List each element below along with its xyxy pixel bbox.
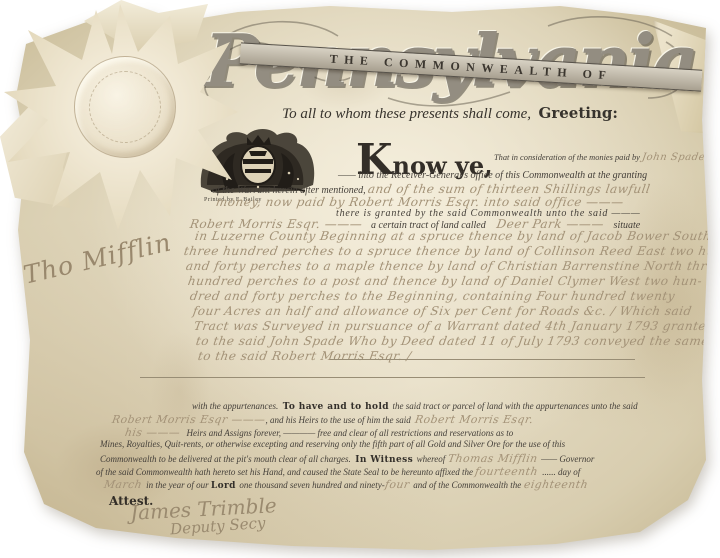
salutation-text: To all to whom these presents shall come… (282, 106, 538, 122)
text-segment: That in consideration of the monies paid… (494, 153, 642, 162)
deed-line-l8: three hundred perches to a spruce thence… (184, 244, 720, 258)
deed-line-l15: to the said Robert Morris Esqr. / (198, 349, 411, 363)
text-segment: whereof (417, 454, 448, 464)
deed-line-l7: in Luzerne County Beginning at a spruce … (195, 229, 720, 243)
text-segment: , and his Heirs to the use of him the sa… (265, 415, 415, 425)
text-segment: Lord (211, 481, 240, 491)
ruled-line (140, 377, 645, 378)
text-segment: the said tract or parcel of land with th… (393, 401, 638, 411)
deed-line-l9: and forty perches to a maple thence by l… (186, 259, 720, 273)
deed-line-b1: with the appurtenances. To have and to h… (192, 401, 638, 412)
text-segment: Mines, Royalties, Quit-rents, or otherwi… (100, 439, 565, 449)
text-segment: fourteenth (474, 465, 543, 478)
text-segment: three hundred perches to a spruce thence… (183, 244, 720, 258)
deed-line-b7: March in the year of our Lord one thousa… (104, 478, 588, 491)
ruled-line (330, 359, 635, 360)
deed-line-l11: dred and forty perches to the Beginning,… (190, 289, 675, 303)
greeting-text: Greeting: (539, 104, 618, 122)
deed-line-l12: four Acres an half and allowance of Six … (193, 304, 692, 318)
text-segment: March (103, 478, 147, 491)
text-segment: four Acres an half and allowance of Six … (192, 304, 693, 318)
deed-line-l1: That in consideration of the monies paid… (494, 152, 720, 163)
deed-line-l14: to the said John Spade Who by Deed dated… (196, 334, 709, 348)
text-segment: To have and to hold (283, 402, 393, 412)
text-segment: Heirs and Assigns forever, ———— free and… (184, 428, 513, 438)
text-segment: eighteenth (523, 478, 589, 491)
text-segment: with the appurtenances. (192, 401, 283, 411)
deed-line-b5: Commonwealth to be delivered at the pit'… (100, 452, 594, 465)
text-segment: in Luzerne County Beginning at a spruce … (194, 229, 720, 243)
text-segment: and of the sum of thirteen Shillings law… (367, 182, 652, 196)
text-segment: and of the Commonwealth the (413, 480, 523, 490)
salutation-line: To all to whom these presents shall come… (250, 104, 650, 123)
deed-line-l4: money, now paid by Robert Morris Esqr. i… (216, 195, 624, 209)
text-segment: ...... day of (542, 467, 580, 477)
deed-line-l13: Tract was Surveyed in pursuance of a War… (194, 319, 714, 333)
text-segment: hundred perches to a post and thence by … (187, 274, 703, 288)
text-segment: one thousand seven hundred and ninety- (239, 480, 384, 490)
text-segment: Robert Morris Esqr ——— (111, 413, 267, 426)
text-segment: Commonwealth to be delivered at the pit'… (100, 454, 355, 464)
deed-line-b3: his ——— Heirs and Assigns forever, ———— … (125, 426, 513, 439)
text-segment: Tract was Surveyed in pursuance of a War… (193, 319, 716, 333)
text-segment: —— Governor (541, 454, 594, 464)
deed-line-b2: Robert Morris Esqr ———, and his Heirs to… (112, 413, 534, 426)
deed-line-l3: of the Warrant herein after mentioned, a… (212, 182, 651, 196)
deed-line-l10: hundred perches to a post and thence by … (188, 274, 702, 288)
text-segment: —— into the Receiver-General's office of… (338, 170, 647, 181)
text-segment: Thomas Mifflin (446, 452, 542, 465)
text-segment: four (384, 478, 415, 491)
text-segment: money, now paid by Robert Morris Esqr. i… (215, 195, 625, 209)
embossed-seal-ring (89, 71, 161, 143)
text-segment: to the said Robert Morris Esqr. / (197, 349, 413, 363)
text-segment: Robert Morris Esqr. (414, 413, 534, 426)
text-segment: John Spade —— (641, 152, 720, 163)
text-segment: his ——— (124, 426, 185, 439)
text-segment: In Witness (355, 455, 416, 465)
scanned-document-page: Pennsylvania THE COMMONWEALTH OF To all … (0, 0, 720, 558)
text-segment: and forty perches to a maple thence by l… (185, 259, 720, 273)
deed-line-b4: Mines, Royalties, Quit-rents, or otherwi… (100, 439, 565, 449)
text-segment: of the said Commonwealth hath hereto set… (96, 467, 475, 477)
text-segment: to the said John Spade Who by Deed dated… (195, 334, 710, 348)
deed-line-l2: —— into the Receiver-General's office of… (338, 170, 647, 181)
deed-line-b6: of the said Commonwealth hath hereto set… (96, 465, 580, 478)
text-segment: dred and forty perches to the Beginning,… (189, 289, 676, 303)
text-segment: in the year of our (146, 480, 211, 490)
